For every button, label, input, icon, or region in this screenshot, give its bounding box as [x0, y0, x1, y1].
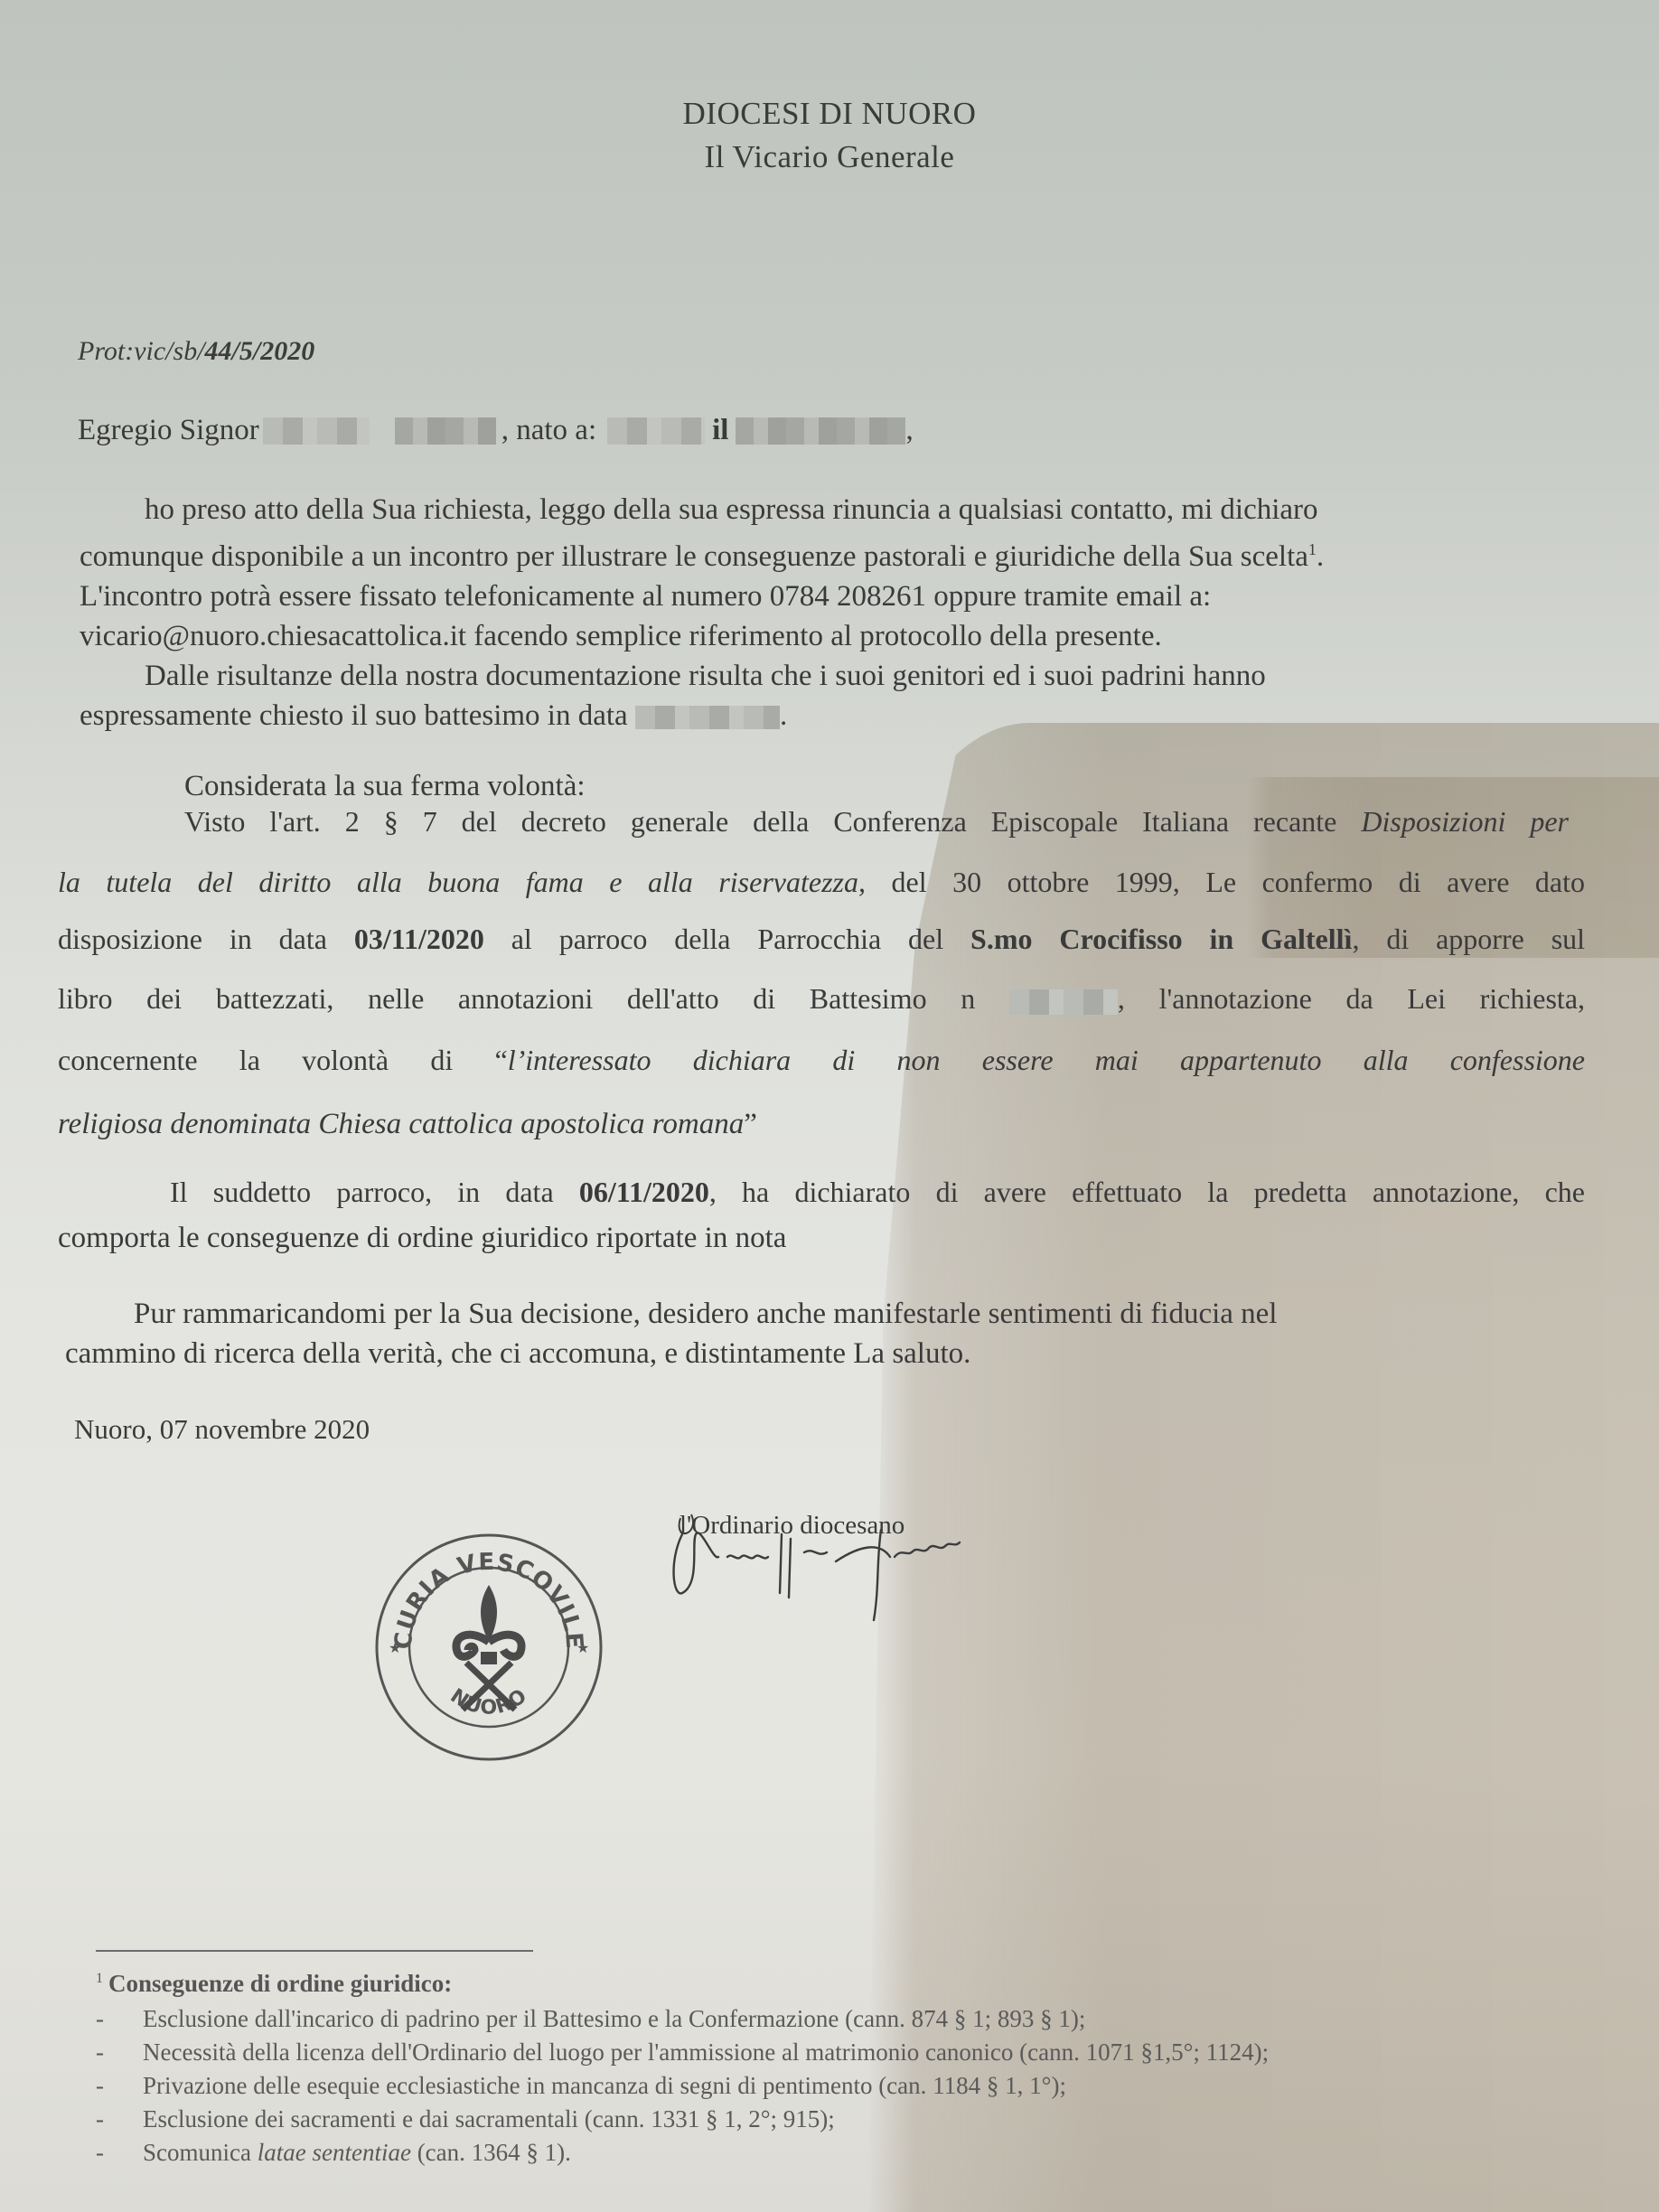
- letterhead: DIOCESI DI NUORO Il Vicario Generale: [0, 92, 1659, 179]
- disposition-date: 03/11/2020: [354, 923, 484, 955]
- redacted-birthplace: [607, 417, 705, 445]
- parroco-line-2: comporta le conseguenze di ordine giurid…: [58, 1222, 786, 1255]
- footnote-item: -Privazione delle esequie ecclesiastiche…: [96, 2069, 1269, 2103]
- handwritten-signature: [664, 1507, 1044, 1625]
- visto-line-6: religiosa denominata Chiesa cattolica ap…: [58, 1108, 757, 1141]
- footnote-item: -Esclusione dei sacramenti e dai sacrame…: [96, 2103, 1269, 2136]
- footnote-item: -Esclusione dall'incarico di padrino per…: [96, 2002, 1269, 2036]
- born-at-label: , nato a:: [501, 414, 596, 447]
- svg-text:★: ★: [576, 1641, 589, 1656]
- salutation: Egregio Signor: [78, 414, 259, 447]
- parish-name: S.mo Crocifisso in Galtellì: [970, 923, 1352, 955]
- footnote-item: -Scomunica latae sententiae (can. 1364 §…: [96, 2136, 1269, 2170]
- footnote-title: 1Conseguenze di ordine giuridico:: [96, 1970, 452, 1998]
- diocese-name: DIOCESI DI NUORO: [0, 92, 1659, 136]
- annotation-date: 06/11/2020: [579, 1176, 709, 1208]
- redacted-act-number: [1009, 989, 1118, 1015]
- redacted-birthdate: [736, 417, 905, 445]
- svg-text:★: ★: [389, 1641, 401, 1656]
- closing-line-1: Pur rammaricandomi per la Sua decisione,…: [134, 1298, 1277, 1331]
- svg-text:NUORO: NUORO: [446, 1684, 532, 1719]
- closing-line-2: cammino di ricerca della verità, che ci …: [65, 1337, 970, 1371]
- office-title: Il Vicario Generale: [0, 136, 1659, 179]
- redacted-surname: [395, 417, 496, 445]
- on-label: il: [712, 414, 728, 447]
- redacted-baptism-date: [635, 706, 780, 729]
- redacted-name: [263, 417, 370, 445]
- visto-line-2: la tutela del diritto alla buona fama e …: [58, 852, 1585, 913]
- footnote-separator: [96, 1950, 533, 1952]
- protocol-number: Prot:vic/sb/44/5/2020: [78, 336, 314, 367]
- visto-line-5: concernente la volontà di “l’interessato…: [58, 1030, 1585, 1091]
- visto-line-3: disposizione in data 03/11/2020 al parro…: [58, 909, 1585, 970]
- footnote-list: -Esclusione dall'incarico di padrino per…: [96, 2002, 1269, 2170]
- letter-document: DIOCESI DI NUORO Il Vicario Generale Pro…: [0, 0, 1659, 2212]
- footnote-item: -Necessità della licenza dell'Ordinario …: [96, 2036, 1269, 2069]
- visto-line-4: libro dei battezzati, nelle annotazioni …: [58, 969, 1585, 1029]
- footnote-ref: 1: [1308, 540, 1317, 558]
- curia-seal: CURIA VESCOVILE NUORO ★ ★: [370, 1529, 607, 1766]
- place-date: Nuoro, 07 novembre 2020: [74, 1413, 370, 1446]
- visto-line-1: Visto l'art. 2 § 7 del decreto generale …: [184, 792, 1569, 852]
- greeting-line: Egregio Signor , nato a: il ,: [78, 414, 914, 447]
- paragraph-contact: ho preso atto della Sua richiesta, leggo…: [80, 490, 1324, 736]
- parroco-line-1: Il suddetto parroco, in data 06/11/2020,…: [170, 1162, 1585, 1223]
